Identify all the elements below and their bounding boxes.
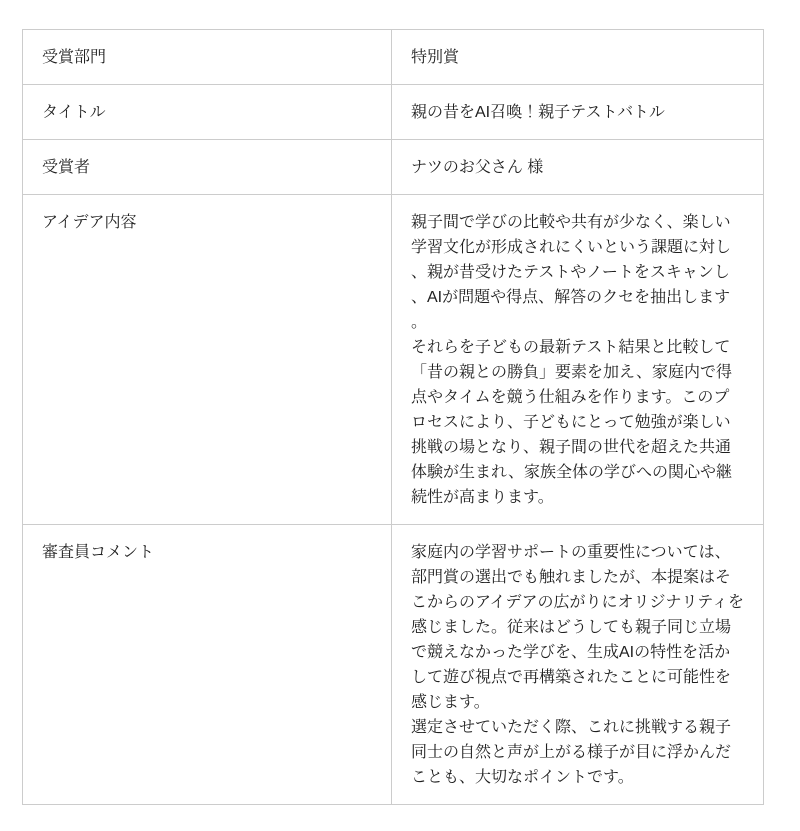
title-label: タイトル xyxy=(23,85,392,140)
award-category-label: 受賞部門 xyxy=(23,30,392,85)
idea-description-value: 親子間で学びの比較や共有が少なく、楽しい学習文化が形成されにくいという課題に対し… xyxy=(392,195,764,525)
winner-label: 受賞者 xyxy=(23,140,392,195)
title-value: 親の昔をAI召喚！親子テストバトル xyxy=(392,85,764,140)
winner-value: ナツのお父さん 様 xyxy=(392,140,764,195)
table-row-title: タイトル 親の昔をAI召喚！親子テストバトル xyxy=(23,85,764,140)
award-category-value: 特別賞 xyxy=(392,30,764,85)
judge-comment-value: 家庭内の学習サポートの重要性については、部門賞の選出でも触れましたが、本提案はそ… xyxy=(392,525,764,805)
table-row-idea-description: アイデア内容 親子間で学びの比較や共有が少なく、楽しい学習文化が形成されにくいと… xyxy=(23,195,764,525)
table-row-award-category: 受賞部門 特別賞 xyxy=(23,30,764,85)
idea-description-label: アイデア内容 xyxy=(23,195,392,525)
judge-comment-label: 審査員コメント xyxy=(23,525,392,805)
award-details-table: 受賞部門 特別賞 タイトル 親の昔をAI召喚！親子テストバトル 受賞者 ナツのお… xyxy=(22,29,764,805)
table-row-winner: 受賞者 ナツのお父さん 様 xyxy=(23,140,764,195)
page: 受賞部門 特別賞 タイトル 親の昔をAI召喚！親子テストバトル 受賞者 ナツのお… xyxy=(0,0,800,831)
table-row-judge-comment: 審査員コメント 家庭内の学習サポートの重要性については、部門賞の選出でも触れまし… xyxy=(23,525,764,805)
